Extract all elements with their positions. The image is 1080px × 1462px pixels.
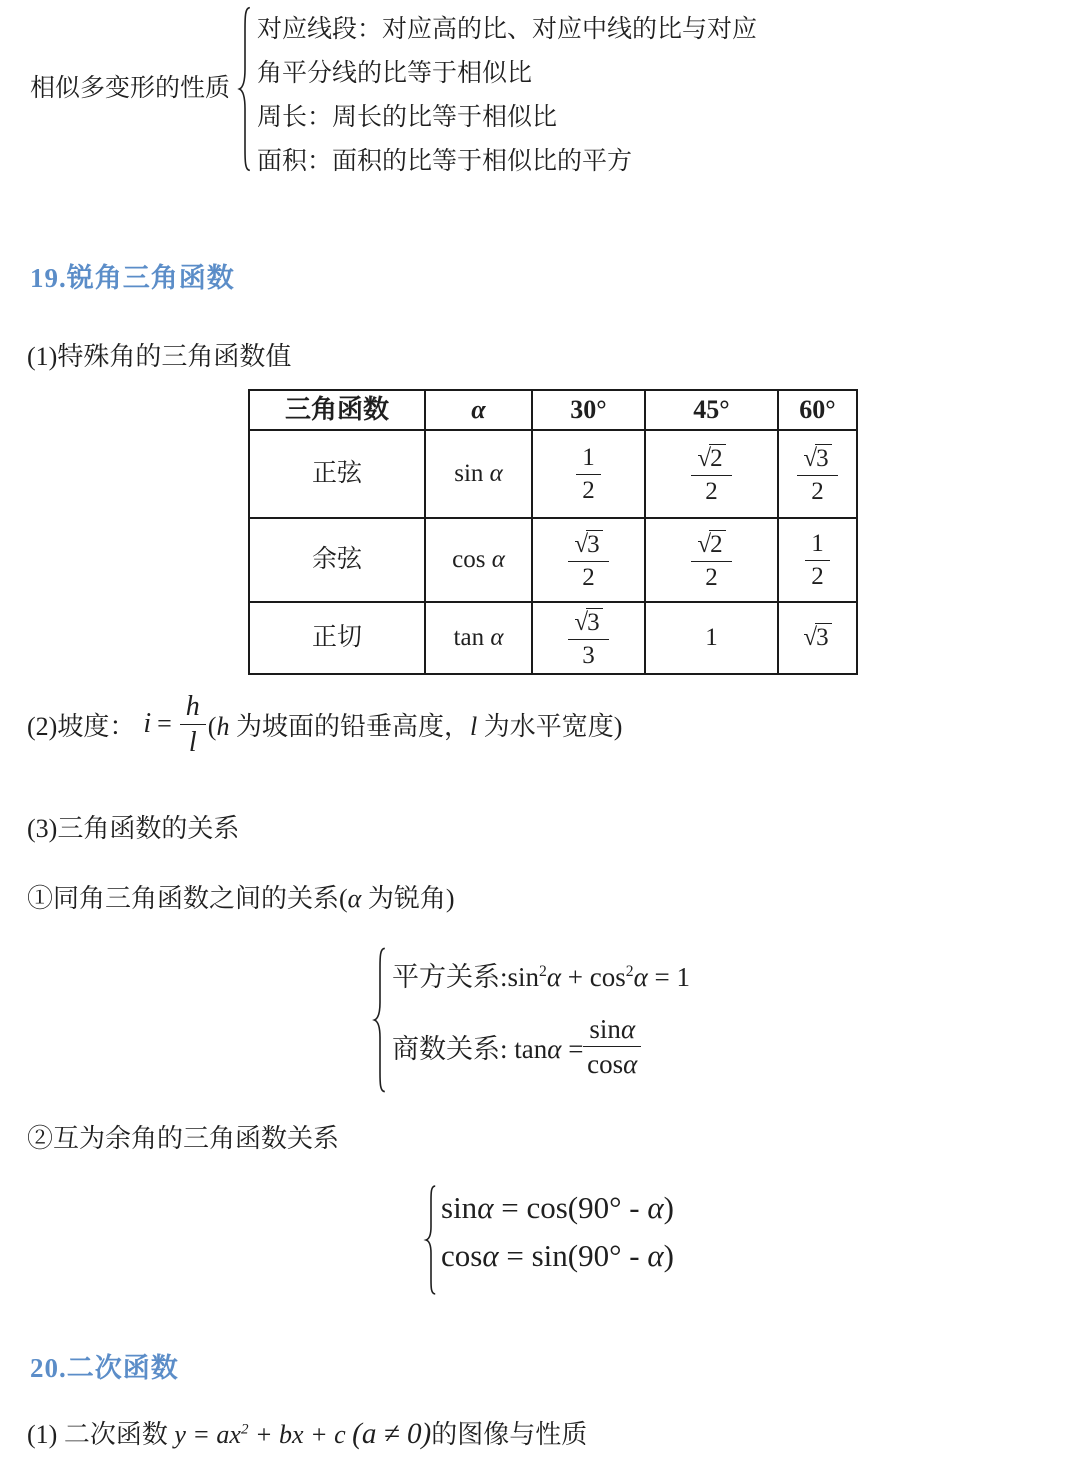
- relation-2-brace-icon: [424, 1185, 438, 1295]
- table-cell: 正弦: [249, 430, 425, 518]
- slope-fraction: h l: [180, 691, 206, 758]
- similar-line-2: 角平分线的比等于相似比: [257, 52, 757, 96]
- relation-1-brace-icon: [372, 947, 388, 1093]
- similar-line-3: 周长：周长的比等于相似比: [257, 96, 757, 140]
- quotient-fraction: sinα cosα: [583, 1014, 641, 1079]
- table-header-row: 三角函数α30°45°60°: [249, 390, 857, 430]
- table-cell: √33: [532, 602, 645, 674]
- section-20-heading: 20.二次函数: [30, 1346, 179, 1385]
- table-cell: cos α: [425, 518, 532, 602]
- similar-line-4: 面积：面积的比等于相似比的平方: [257, 140, 757, 184]
- relation-1-heading: ①同角三角函数之间的关系(α 为锐角): [27, 878, 455, 915]
- cofunction-line-2: cosα = sin(90° - α): [441, 1240, 674, 1271]
- subsection-1-title: (1)特殊角的三角函数值: [27, 336, 291, 373]
- subsection-3-title: (3)三角函数的关系: [27, 808, 239, 845]
- slope-note: (h 为坡面的铅垂高度，l 为水平宽度): [208, 706, 623, 743]
- table-cell: √3: [778, 602, 857, 674]
- table-row: 正切tan α√331√3: [249, 602, 857, 674]
- quotient-relation-line: 商数关系: tanα = sinα cosα: [392, 1000, 641, 1092]
- table-header-cell: 三角函数: [249, 390, 425, 430]
- table-cell: 12: [778, 518, 857, 602]
- table-cell: √32: [778, 430, 857, 518]
- slope-prefix: (2)坡度：: [27, 706, 135, 743]
- trig-values-table: 三角函数α30°45°60° 正弦sin α12√22√32余弦cos α√32…: [248, 389, 858, 675]
- table-cell: √22: [645, 430, 778, 518]
- table-header-cell: 45°: [645, 390, 778, 430]
- section-19-heading: 19.锐角三角函数: [30, 256, 235, 295]
- table-cell: √32: [532, 518, 645, 602]
- table-cell: 12: [532, 430, 645, 518]
- table-row: 正弦sin α12√22√32: [249, 430, 857, 518]
- document-page: 相似多变形的性质 对应线段：对应高的比、对应中线的比与对应 角平分线的比等于相似…: [0, 0, 1080, 1462]
- similar-polygon-label: 相似多变形的性质: [30, 68, 230, 104]
- relation-2-heading: ②互为余角的三角函数关系: [27, 1118, 339, 1155]
- cofunction-block: sinα = cos(90° - α) cosα = sin(90° - α): [441, 1192, 674, 1271]
- table-cell: √22: [645, 518, 778, 602]
- table-header-cell: 60°: [778, 390, 857, 430]
- slope-equals: =: [157, 709, 172, 739]
- table-header-cell: 30°: [532, 390, 645, 430]
- table-cell: tan α: [425, 602, 532, 674]
- slope-definition-line: (2)坡度： i = h l (h 为坡面的铅垂高度，l 为水平宽度): [27, 682, 622, 766]
- similar-polygon-lines: 对应线段：对应高的比、对应中线的比与对应 角平分线的比等于相似比 周长：周长的比…: [257, 8, 757, 184]
- table-cell: 正切: [249, 602, 425, 674]
- similar-line-1: 对应线段：对应高的比、对应中线的比与对应: [257, 8, 757, 52]
- cofunction-line-1: sinα = cos(90° - α): [441, 1192, 674, 1223]
- table-header-cell: α: [425, 390, 532, 430]
- slope-var: i: [143, 708, 151, 740]
- table-cell: 余弦: [249, 518, 425, 602]
- left-brace-icon: [237, 6, 253, 172]
- table-row: 余弦cos α√32√2212: [249, 518, 857, 602]
- table-cell: 1: [645, 602, 778, 674]
- quadratic-function-line: (1) 二次函数 y = ax2 + bx + c (a ≠ 0)的图像与性质: [27, 1414, 587, 1451]
- table-cell: sin α: [425, 430, 532, 518]
- square-relation-line: 平方关系:sin2α + cos2α = 1: [392, 955, 690, 994]
